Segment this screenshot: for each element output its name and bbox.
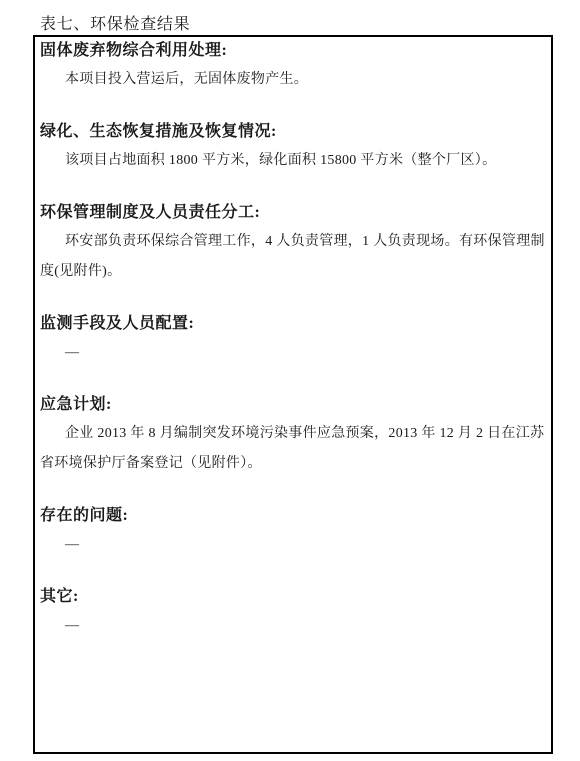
inspection-results-table: 固体废弃物综合利用处理: 本项目投入营运后，无固体废物产生。 绿化、生态恢复措施…: [33, 35, 553, 754]
section-solid-waste: 固体废弃物综合利用处理: 本项目投入营运后，无固体废物产生。: [40, 42, 547, 95]
section-body: 环安部负责环保综合管理工作，4 人负责管理，1 人负责现场。有环保管理制度(见附…: [40, 227, 547, 287]
section-body: 企业 2013 年 8 月编制突发环境污染事件应急预案，2013 年 12 月 …: [40, 419, 547, 479]
section-greening-restoration: 绿化、生态恢复措施及恢复情况: 该项目占地面积 1800 平方米，绿化面积 15…: [40, 123, 547, 176]
page-title: 表七、环保检查结果: [40, 11, 190, 34]
section-body: 该项目占地面积 1800 平方米，绿化面积 15800 平方米（整个厂区）。: [40, 146, 547, 176]
section-body-dash: —: [40, 530, 547, 560]
section-other: 其它: —: [40, 588, 547, 641]
section-monitoring: 监测手段及人员配置: —: [40, 315, 547, 368]
section-existing-problems: 存在的问题: —: [40, 507, 547, 560]
section-body-dash: —: [40, 611, 547, 641]
section-heading: 监测手段及人员配置:: [40, 315, 547, 333]
section-heading: 固体废弃物综合利用处理:: [40, 42, 547, 60]
section-management-system: 环保管理制度及人员责任分工: 环安部负责环保综合管理工作，4 人负责管理，1 人…: [40, 204, 547, 287]
section-body: 本项目投入营运后，无固体废物产生。: [40, 65, 547, 95]
section-heading: 环保管理制度及人员责任分工:: [40, 204, 547, 222]
section-heading: 绿化、生态恢复措施及恢复情况:: [40, 123, 547, 141]
section-emergency-plan: 应急计划: 企业 2013 年 8 月编制突发环境污染事件应急预案，2013 年…: [40, 396, 547, 479]
section-heading: 其它:: [40, 588, 547, 606]
section-heading: 应急计划:: [40, 396, 547, 414]
section-body-dash: —: [40, 338, 547, 368]
section-heading: 存在的问题:: [40, 507, 547, 525]
